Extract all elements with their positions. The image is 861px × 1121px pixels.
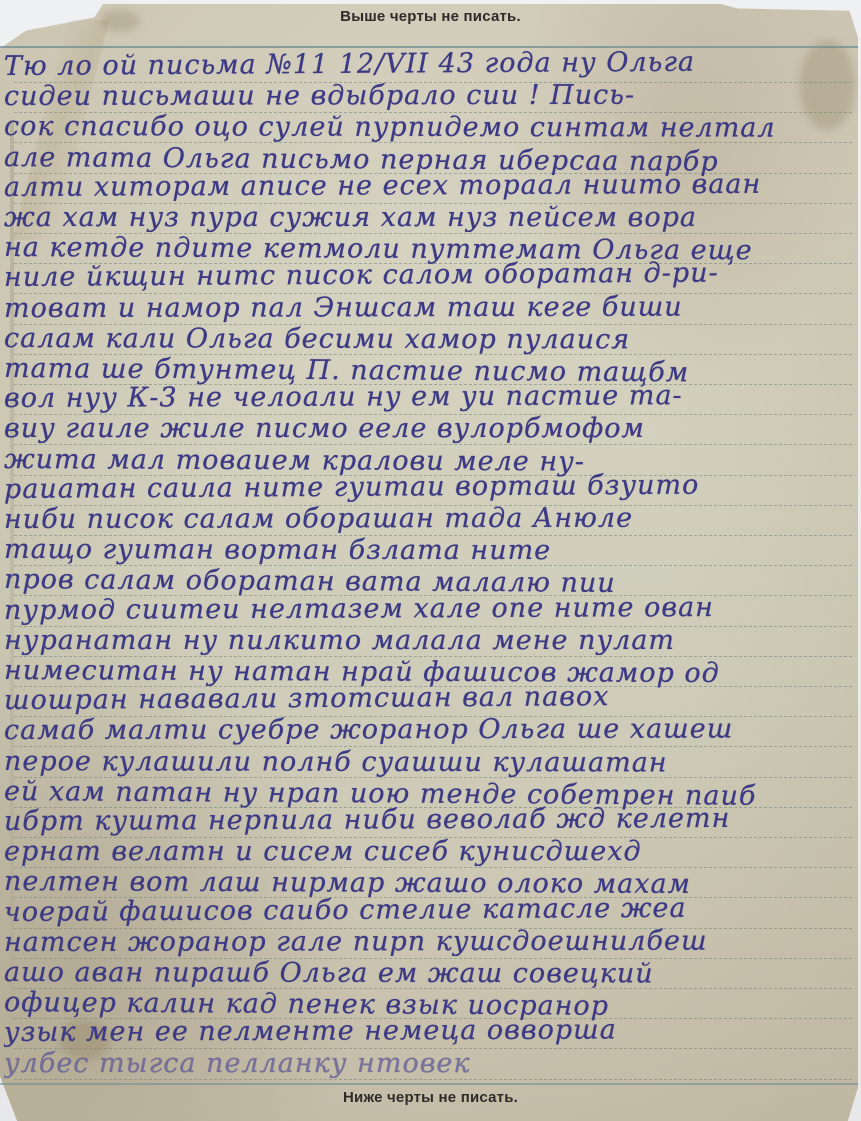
handwritten-line: сок спасибо оцо сулей пурпидемо синтам н… (4, 112, 856, 144)
handwritten-line: пурмод сиитеи нелтазем хале опе ните ова… (4, 592, 856, 626)
handwritten-line: ниле йкщин нитс писок салом оборатан д-р… (4, 258, 856, 293)
handwritten-line: Тю ло ой письма №11 12/VII 43 года ну Ол… (4, 47, 856, 82)
printed-footer-notice: Ниже черты не писать. (0, 1089, 861, 1106)
handwritten-line: жа хам нуз пура сужия хам нуз пейсем вор… (4, 203, 856, 233)
handwritten-line: тащо гуитан вортан бзлата ните (4, 535, 856, 567)
handwritten-line: виу гаиле жиле писмо ееле вулорбмофом (4, 414, 856, 444)
handwritten-line: самаб малти суебре жоранор Ольга ше хаше… (4, 715, 856, 747)
handwritten-line: шошран нававали зтотсшан вал павох (4, 681, 856, 716)
printed-header-notice: Выше черты не писать. (0, 8, 861, 25)
dashed-ruling-line (14, 1079, 852, 1080)
handwritten-line: ниби писок салам оборашан тада Анюле (4, 503, 856, 535)
handwritten-line: чоерай фашисов саибо стелие катасле жеа (4, 892, 856, 927)
handwritten-line: узык мен ее пелменте немеца овворша (4, 1015, 856, 1049)
handwritten-line: нуранатан ну пилкито малала мене пулат (4, 626, 856, 656)
handwritten-line: вол нуу К-3 не челоали ну ем уи пастие т… (4, 381, 856, 415)
handwritten-line: ернат велатн и сисем сисеб кунисдшехд (4, 837, 856, 867)
handwritten-line: сидеи письмаши не вдыбрало сии ! Пись- (4, 80, 856, 112)
handwritten-line: салам кали Ольга бесими хамор пулаися (4, 324, 856, 356)
handwritten-line: раиатан саила ните гуитаи ворташ бзуито (4, 469, 856, 504)
handwritten-line: товат и намор пал Эншсам таш кеге биши (4, 292, 856, 324)
handwritten-line: ибрт кушта нерпила ниби веволаб жд келет… (4, 803, 856, 837)
handwritten-line: натсен жоранор гале пирп кушсдоешнилбеш (4, 926, 856, 958)
handwritten-line: перое кулашили полнб суашши кулашатан (4, 747, 856, 779)
handwritten-line: алти хиторам аписе не есех тораал ниито … (4, 169, 856, 203)
bottom-ruling-line (0, 1083, 858, 1085)
handwritten-line: ашо аван пирашб Ольга ем жаш совецкий (4, 958, 856, 990)
handwritten-line: улбес тыгса пелланку нтовек (4, 1049, 856, 1079)
